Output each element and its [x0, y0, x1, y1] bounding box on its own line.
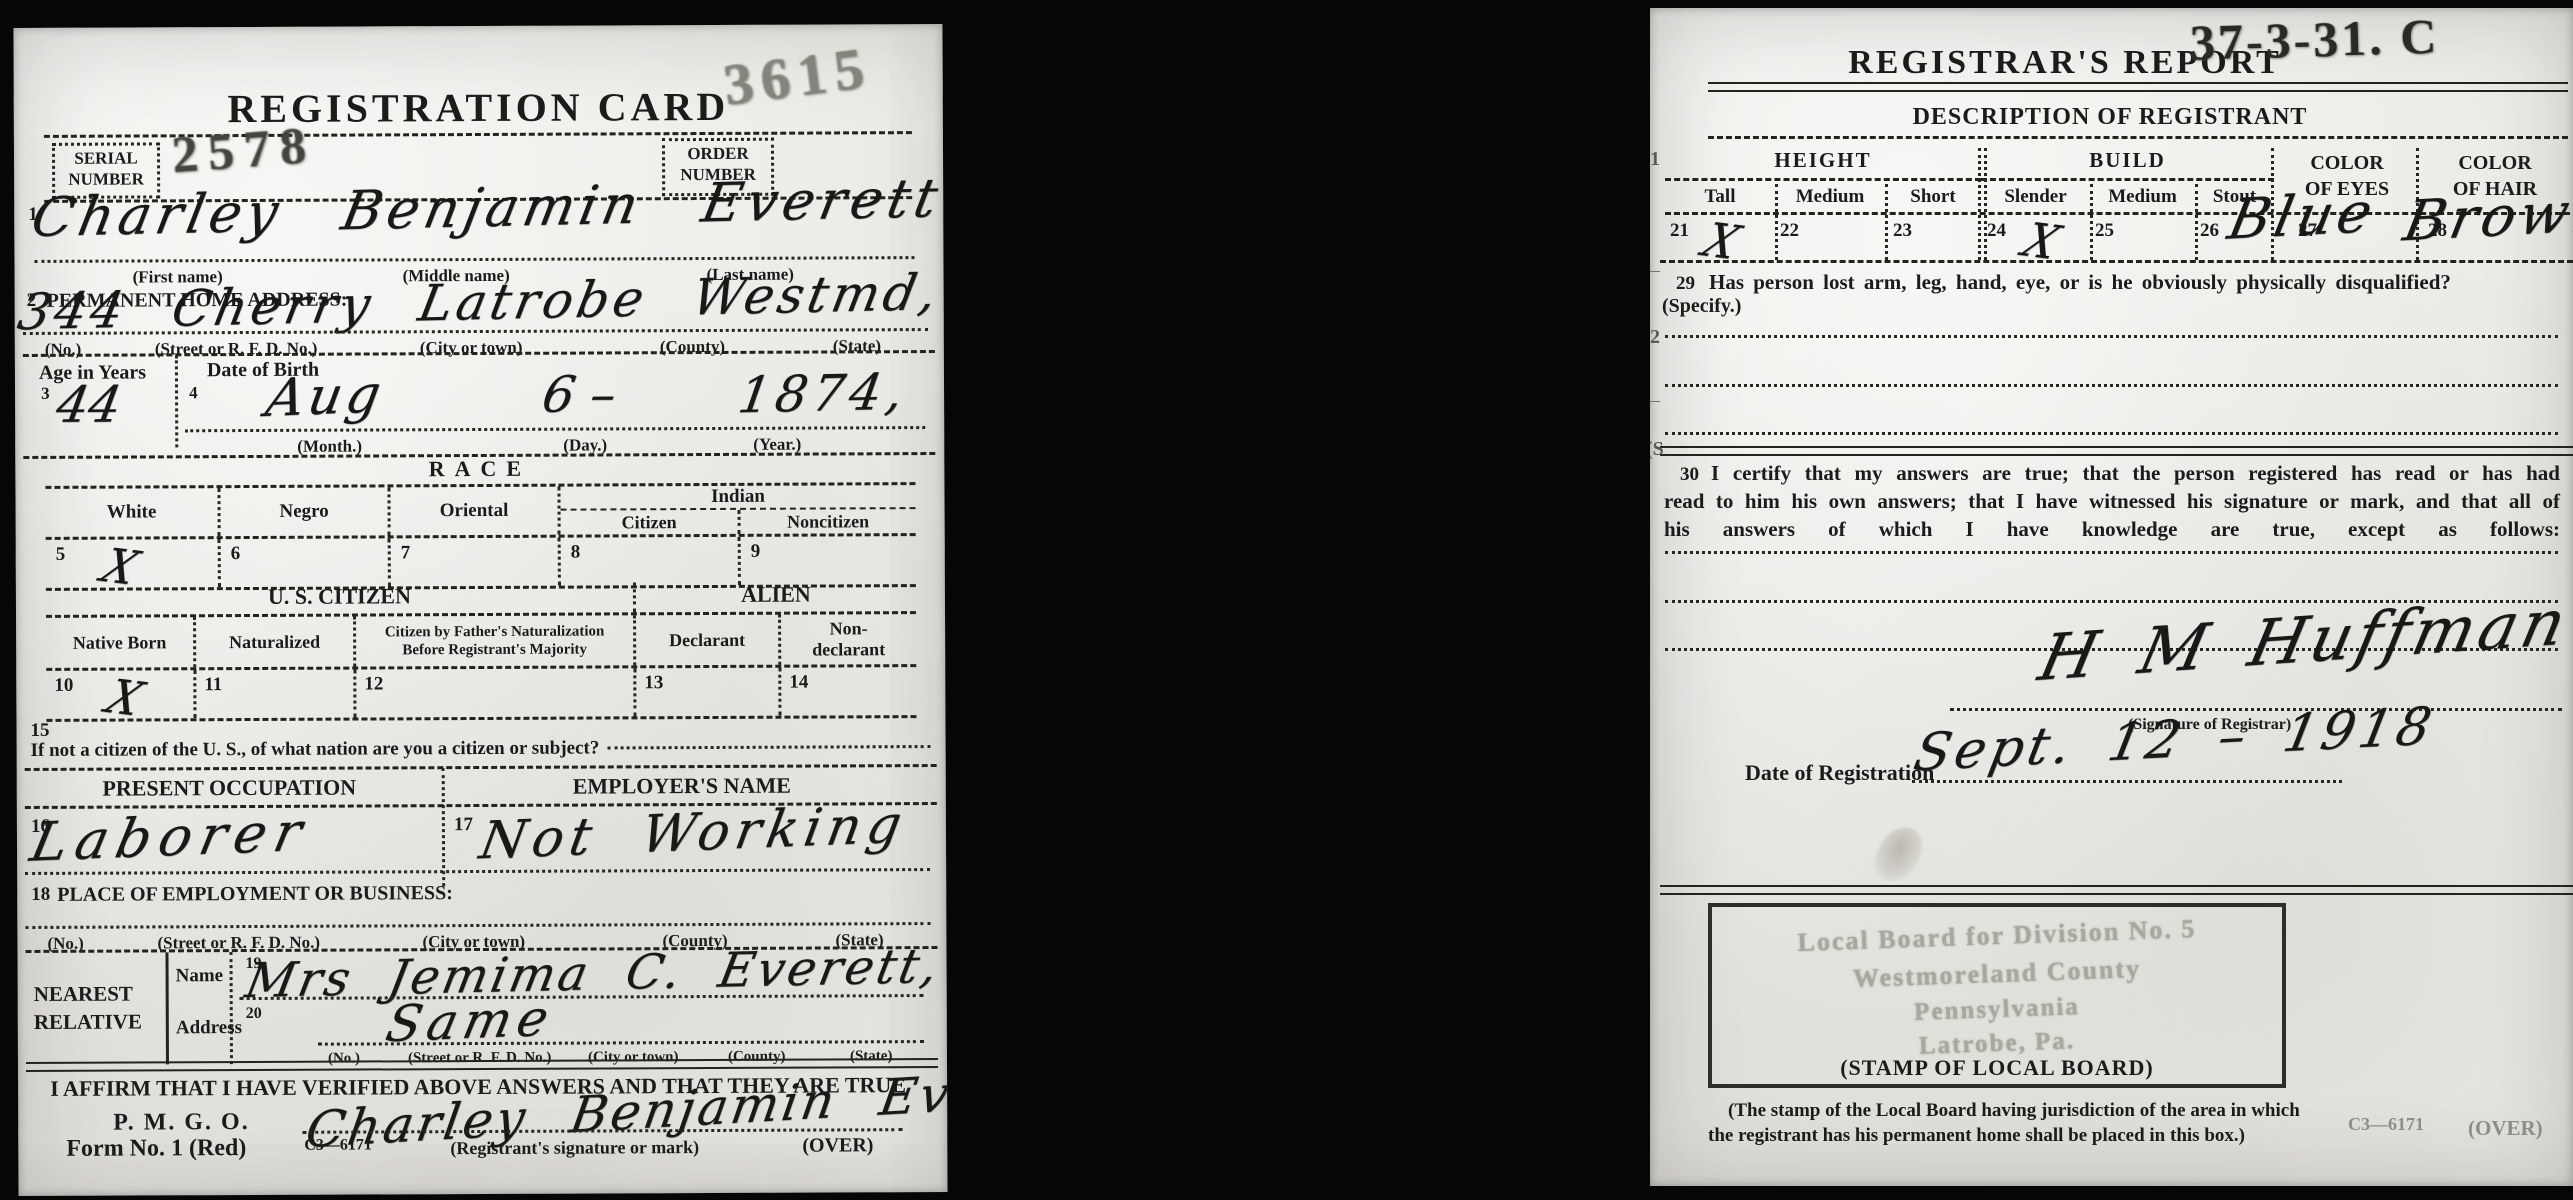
hair-header-line1: COLOR [2420, 150, 2570, 176]
height-group-header: HEIGHT [1665, 148, 1981, 173]
date-of-registration-label: Date of Registration [1745, 760, 1934, 786]
build-medium-label: Medium [2090, 186, 2195, 208]
edge-fragment: 2 [1650, 326, 1660, 349]
race-box-6-number: 6 [231, 543, 241, 565]
alien-title: ALIEN [636, 581, 916, 612]
race-title: RACE [15, 454, 944, 484]
race-col-negro: Negro [220, 487, 390, 536]
name-writing-line [34, 256, 914, 263]
citizen-box-14-number: 14 [789, 672, 808, 694]
section-rule [25, 764, 937, 771]
citizen-col-father-line2: Before Registrant's Majority [402, 641, 587, 660]
over-label: (OVER) [802, 1134, 873, 1157]
q30-number: 30 [1680, 464, 1699, 485]
relative-inner-divider [229, 952, 232, 1064]
race-box-8-number: 8 [571, 542, 581, 564]
serial-label-line1: SERIAL [55, 147, 157, 169]
field-17-number: 17 [454, 814, 473, 836]
citizen-alien-band: U. S. CITIZEN ALIEN [46, 581, 916, 618]
desc-divider [2090, 184, 2093, 260]
occupation-writing-line [25, 868, 930, 875]
desc-divider [1775, 184, 1778, 260]
citizen-box-11-number: 11 [204, 674, 222, 696]
field-18-number: 18 [31, 884, 50, 906]
desc-box-24-number: 24 [1987, 220, 2006, 242]
desc-box-23-number: 23 [1893, 220, 1912, 242]
employer-header: EMPLOYER'S NAME [442, 772, 922, 800]
q30-top-rule [1660, 446, 2573, 456]
registrars-report-back: REGISTRAR'S REPORT 37-3-31. C DESCRIPTIO… [1650, 8, 2573, 1186]
citizen-table: Native Born Naturalized Citizen by Fathe… [46, 614, 916, 722]
citizen-box-10-number: 10 [54, 675, 73, 697]
desc-box-26-number: 26 [2200, 220, 2219, 242]
race-box-9-number: 9 [751, 541, 761, 563]
q29-text: Has person lost arm, leg, hand, eye, or … [1709, 270, 2451, 294]
height-tall-label: Tall [1665, 186, 1775, 208]
scanned-draft-cards: REGISTRATION CARD 3615 SERIAL NUMBER 257… [0, 0, 2573, 1200]
nearest-label-line2: RELATIVE [34, 1008, 142, 1037]
stamped-code-37-3-31-c: 37-3-31. C [2189, 8, 2440, 71]
age-dob-divider [175, 355, 178, 447]
age-value-handwriting: 44 [52, 376, 126, 434]
order-label-line1: ORDER [665, 143, 771, 165]
race-col-indian-noncitizen: Noncitizen [741, 509, 916, 534]
desc-group-divider [1984, 148, 1987, 260]
q29-number: 29 [1676, 273, 1695, 294]
stamp-section-rule [1660, 885, 2573, 895]
relative-address-label: Address [176, 1017, 242, 1039]
hair-color-handwriting: Brown [2398, 179, 2573, 255]
relative-name-label: Name [176, 965, 224, 987]
edge-fragment: — [1650, 390, 1660, 411]
local-board-stamp-box: Local Board for Division No. 5 Westmorel… [1708, 903, 2286, 1088]
employment-label: PLACE OF EMPLOYMENT OR BUSINESS: [57, 882, 453, 907]
height-subrule [1665, 178, 1981, 181]
alien-col-non-declarant: Non-declarant [781, 614, 916, 665]
registration-date-line [1912, 780, 2342, 783]
edge-fragment: — [1650, 260, 1660, 281]
race-col-white: White [45, 488, 220, 537]
dob-month-handwriting: Aug [261, 364, 389, 429]
desc-box-21-number: 21 [1670, 220, 1689, 242]
q29-answer-line [1665, 432, 2558, 435]
field-4-number: 4 [189, 383, 198, 403]
desc-group-divider [1978, 148, 1981, 260]
field-15-number: 15 [30, 720, 49, 742]
occupation-handwriting: Laborer [25, 800, 315, 874]
citizen-col-naturalized: Naturalized [196, 617, 356, 668]
alien-col-declarant: Declarant [636, 615, 781, 666]
race-col-oriental: Oriental [390, 487, 560, 536]
nation-question-row: If not a citizen of the U. S., of what n… [31, 736, 931, 762]
native-born-x-mark: X [99, 669, 150, 727]
race-box-7-number: 7 [401, 542, 411, 564]
dob-day-handwriting: 6 – [538, 365, 621, 423]
build-subrule [1981, 178, 2274, 181]
citizen-col-native-born: Native Born [46, 617, 196, 668]
desc-bottom-rule [1660, 260, 2573, 263]
q29-specify-label: (Specify.) [1662, 295, 2564, 318]
height-short-label: Short [1885, 186, 1981, 208]
citizen-box-13-number: 13 [644, 672, 663, 694]
question-29: 29 Has person lost arm, leg, hand, eye, … [1662, 270, 2564, 318]
eye-color-handwriting: Blue [2223, 180, 2382, 252]
affirm-rule [26, 1058, 938, 1072]
nation-question-text: If not a citizen of the U. S., of what n… [31, 737, 600, 761]
field-20-number: 20 [246, 1005, 262, 1023]
smudge-mark [1868, 820, 1930, 890]
edge-fragment: 1 [1650, 148, 1660, 171]
q30-text: I certify that my answers are true; that… [1664, 461, 2560, 541]
edge-fragment: (S [1650, 438, 1664, 461]
form-code: C3—6171 [304, 1136, 372, 1154]
citizen-box-12-number: 12 [364, 673, 383, 695]
employment-writing-line [25, 922, 930, 929]
q29-answer-line [1665, 384, 2558, 387]
report-over-label: (OVER) [2468, 1116, 2543, 1141]
stamp-caption-line1: (The stamp of the Local Board having jur… [1728, 1100, 2300, 1122]
race-table: White Negro Oriental Indian Citizen Nonc… [45, 482, 915, 591]
relative-divider [165, 952, 168, 1064]
desc-divider [2195, 184, 2198, 260]
nearest-label-line1: NEAREST [34, 979, 142, 1008]
build-slender-label: Slender [1981, 186, 2090, 208]
stamp-of-local-board-label: (STAMP OF LOCAL BOARD) [1712, 1055, 2282, 1081]
desc-divider [1885, 184, 1888, 260]
nearest-relative-label: NEAREST RELATIVE [34, 979, 142, 1036]
q30-answer-line [1665, 551, 2558, 554]
eyes-header-line1: COLOR [2274, 150, 2420, 176]
race-indian-group-label: Indian [560, 485, 915, 511]
citizen-col-father-line1: Citizen by Father's Naturalization [385, 622, 605, 641]
registrant-signature-label: (Registrant's signature or mark) [450, 1137, 699, 1159]
question-30: 30I certify that my answers are true; th… [1664, 460, 2560, 544]
report-form-code: C3—6171 [2348, 1114, 2424, 1135]
dob-year-handwriting: 1874, [734, 363, 912, 425]
form-number-label: Form No. 1 (Red) [66, 1135, 246, 1163]
desc-box-25-number: 25 [2095, 220, 2114, 242]
q29-answer-line [1665, 335, 2558, 338]
race-col-indian-citizen: Citizen [561, 510, 741, 535]
field-3-number: 3 [41, 384, 50, 404]
build-group-header: BUILD [1981, 148, 2274, 173]
subtitle-rule [1708, 136, 2568, 139]
pmgo-label: P. M. G. O. [113, 1109, 250, 1137]
serial-number-value: 2578 [170, 116, 318, 186]
height-medium-label: Medium [1775, 186, 1885, 208]
stamp-caption-line2: the registrant has his permanent home sh… [1708, 1125, 2245, 1147]
registration-card-front: REGISTRATION CARD 3615 SERIAL NUMBER 257… [13, 24, 947, 1196]
occupation-header: PRESENT OCCUPATION [17, 774, 442, 802]
nation-answer-line [607, 745, 930, 749]
title-rule [1708, 82, 2568, 92]
race-box-5-number: 5 [56, 544, 66, 566]
us-citizen-title: U. S. CITIZEN [46, 582, 636, 615]
desc-box-22-number: 22 [1780, 220, 1799, 242]
description-subtitle: DESCRIPTION OF REGISTRANT [1650, 104, 2570, 131]
